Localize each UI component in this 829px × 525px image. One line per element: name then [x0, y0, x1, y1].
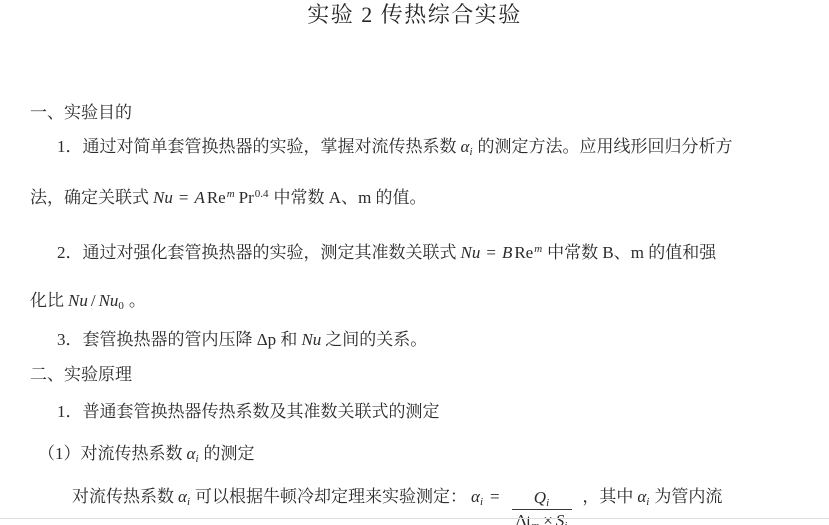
dt-subscript: m	[531, 520, 539, 525]
equals-sign: =	[179, 188, 189, 207]
sub2-text-a: （1）对流传热系数	[38, 444, 183, 463]
item1-line1-text-a: 1．通过对简单套管换热器的实验，掌握对流传热系数	[57, 137, 457, 156]
nu-correlation-formula: Nu=ARemPr0.4	[153, 188, 270, 207]
section2-heading: 二、实验原理	[30, 362, 811, 388]
alpha-glyph: α	[471, 487, 480, 506]
item1-line2: 法，确定关联式Nu=ARemPr0.4中常数 A、m 的值。	[30, 185, 811, 211]
const-A: A	[194, 188, 204, 207]
alpha-i-symbol: αi	[178, 487, 191, 506]
sub2-heading: （1）对流传热系数αi的测定	[30, 441, 811, 467]
alpha-subscript: i	[646, 496, 649, 508]
exponent-m: m	[534, 243, 542, 255]
item2-line1-text-a: 2．通过对强化套管换热器的实验，测定其准数关联式	[57, 243, 457, 262]
exponent-m: m	[227, 188, 235, 200]
item2-line2-text-a: 化比	[30, 291, 64, 310]
alpha-i-symbol: αi	[461, 137, 474, 156]
reynolds-symbol: Re	[514, 243, 533, 262]
nu-symbol: Nu	[68, 291, 88, 310]
p4-text-b: 可以根据牛顿冷却定理来实验测定：	[195, 487, 467, 506]
item2-line1-text-b: 中常数 B、m 的值和强	[547, 243, 716, 262]
nu-b-formula: Nu=BRem	[461, 243, 544, 262]
fraction: QiΔtm×Si	[512, 487, 573, 525]
nu-symbol-wrap: Nu	[301, 330, 321, 349]
alpha-i-symbol: αi	[187, 444, 200, 463]
exponent-04: 0.4	[255, 188, 269, 200]
nu-symbol: Nu	[301, 330, 321, 349]
sub1-heading: 1．普通套管换热器传热系数及其准数关联式的测定	[30, 399, 811, 425]
item1-line1-text-b: 的测定方法。应用线形回归分析方	[478, 137, 733, 156]
Q-subscript: i	[546, 497, 549, 509]
const-B: B	[502, 243, 512, 262]
alpha-subscript: i	[469, 146, 472, 158]
alpha-subscript: i	[480, 496, 483, 508]
fraction-numerator: Qi	[512, 487, 573, 509]
item1-line2-text-a: 法，确定关联式	[30, 188, 149, 207]
nu-ratio-formula: Nu/Nu0	[68, 291, 125, 310]
document-page: 实验 2 传热综合实验 一、实验目的 1．通过对简单套管换热器的实验，掌握对流传…	[0, 0, 829, 525]
equals-sign: =	[490, 487, 500, 506]
item3-line: 3．套管换热器的管内压降 Δp 和Nu之间的关系。	[30, 327, 811, 353]
alpha-subscript: i	[187, 496, 190, 508]
equals-sign: =	[486, 243, 496, 262]
item2-line2-text-b: 。	[129, 291, 146, 310]
item1-line2-text-b: 中常数 A、m 的值。	[274, 188, 427, 207]
item3-text-a: 3．套管换热器的管内压降 Δp 和	[57, 330, 297, 349]
item1-line1: 1．通过对简单套管换热器的实验，掌握对流传热系数αi的测定方法。应用线形回归分析…	[30, 134, 811, 160]
reynolds-symbol: Re	[207, 188, 226, 207]
sub2-text-b: 的测定	[204, 444, 255, 463]
slash: /	[91, 291, 96, 310]
p4-text-c: ，其中	[582, 487, 633, 506]
page-bottom-divider	[0, 518, 829, 519]
heat-Q-symbol: Q	[534, 488, 546, 507]
page-title: 实验 2 传热综合实验	[0, 0, 829, 30]
alpha-glyph: α	[637, 487, 646, 506]
nu-symbol: Nu	[153, 188, 173, 207]
alpha-glyph: α	[178, 487, 187, 506]
prandtl-symbol: Pr	[239, 188, 254, 207]
nu-symbol: Nu	[99, 291, 119, 310]
section1-heading: 一、实验目的	[30, 100, 811, 126]
alpha-subscript: i	[195, 453, 198, 465]
subscript-0: 0	[118, 300, 124, 312]
item2-line2: 化比Nu/Nu0。	[30, 288, 811, 314]
p4-text-d: 为管内流	[654, 487, 722, 506]
fraction-denominator: Δtm×Si	[512, 509, 573, 525]
item3-text-b: 之间的关系。	[325, 330, 427, 349]
nu-symbol: Nu	[461, 243, 481, 262]
p4-text-a: 对流传热系数	[72, 487, 174, 506]
alpha-i-symbol: αi	[637, 487, 650, 506]
alpha-definition-formula: αi=QiΔtm×Si	[471, 487, 578, 506]
item2-line1: 2．通过对强化套管换热器的实验，测定其准数关联式Nu=BRem中常数 B、m 的…	[30, 240, 811, 266]
S-subscript: i	[564, 520, 567, 525]
